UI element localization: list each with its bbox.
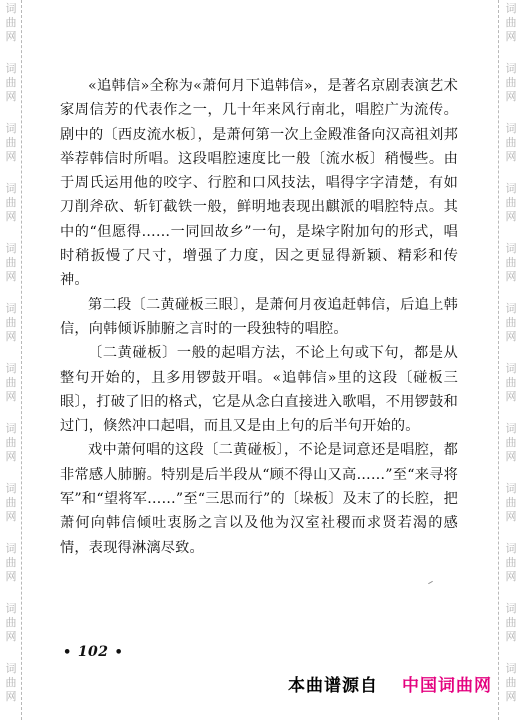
- watermark-char: 词: [506, 242, 517, 256]
- watermark-char: 词: [506, 542, 517, 556]
- watermark-char: 网: [6, 30, 17, 44]
- watermark-char: 网: [506, 690, 517, 704]
- watermark-char: 曲: [6, 76, 17, 90]
- watermark-char: 曲: [506, 556, 517, 570]
- watermark-group: 词曲网: [3, 302, 19, 344]
- watermark-char: 网: [506, 270, 517, 284]
- watermark-char: 网: [6, 510, 17, 524]
- watermark-char: 曲: [506, 316, 517, 330]
- right-margin-line: [498, 0, 499, 720]
- watermark-char: 网: [6, 450, 17, 464]
- watermark-char: 词: [506, 662, 517, 676]
- watermark-group: 词曲网: [3, 2, 19, 44]
- watermark-char: 词: [6, 482, 17, 496]
- watermark-group: 词曲网: [503, 602, 519, 644]
- watermark-char: 网: [506, 570, 517, 584]
- watermark-char: 网: [6, 150, 17, 164]
- watermark-group: 词曲网: [503, 362, 519, 404]
- watermark-group: 词曲网: [3, 362, 19, 404]
- watermark-group: 词曲网: [3, 122, 19, 164]
- watermark-char: 曲: [506, 676, 517, 690]
- watermark-char: 词: [6, 542, 17, 556]
- watermark-char: 网: [506, 390, 517, 404]
- watermark-group: 词曲网: [503, 422, 519, 464]
- watermark-char: 词: [506, 482, 517, 496]
- watermark-char: 曲: [506, 16, 517, 30]
- watermark-char: 曲: [506, 136, 517, 150]
- watermark-char: 网: [506, 630, 517, 644]
- watermark-group: 词曲网: [3, 542, 19, 584]
- source-attribution: 本曲谱源自 中国词曲网: [288, 671, 492, 695]
- paragraph-3: 〔二黄碰板〕一般的起唱方法，不论上句或下句，都是从整句开始的，且多用锣鼓开唱。«…: [60, 341, 458, 438]
- watermark-group: 词曲网: [503, 122, 519, 164]
- paragraph-1: «追韩信»全称为«萧何月下追韩信»，是著名京剧表演艺术家周信芳的代表作之一，几十…: [60, 74, 458, 293]
- watermark-char: 词: [506, 122, 517, 136]
- bullet-left: •: [63, 645, 72, 660]
- watermark-char: 词: [506, 2, 517, 16]
- watermark-char: 曲: [6, 316, 17, 330]
- watermark-group: 词曲网: [503, 62, 519, 104]
- watermark-group: 词曲网: [3, 242, 19, 284]
- watermark-char: 词: [6, 422, 17, 436]
- watermark-char: 网: [6, 630, 17, 644]
- watermark-char: 网: [6, 390, 17, 404]
- source-brand-link[interactable]: 中国词曲网: [402, 671, 492, 696]
- watermark-char: 词: [6, 242, 17, 256]
- watermark-char: 曲: [506, 76, 517, 90]
- body-text: «追韩信»全称为«萧何月下追韩信»，是著名京剧表演艺术家周信芳的代表作之一，几十…: [60, 74, 458, 560]
- watermark-char: 词: [6, 122, 17, 136]
- watermark-char: 曲: [6, 676, 17, 690]
- watermark-char: 词: [6, 602, 17, 616]
- page-number: •102•: [57, 644, 129, 660]
- watermark-char: 曲: [6, 376, 17, 390]
- scan-mark: [428, 581, 433, 584]
- watermark-char: 曲: [506, 196, 517, 210]
- left-watermark-column: 词曲网词曲网词曲网词曲网词曲网词曲网词曲网词曲网词曲网词曲网词曲网词曲网: [3, 0, 19, 720]
- watermark-char: 曲: [506, 496, 517, 510]
- watermark-char: 曲: [6, 556, 17, 570]
- watermark-char: 曲: [6, 496, 17, 510]
- watermark-char: 词: [6, 302, 17, 316]
- watermark-char: 曲: [506, 376, 517, 390]
- watermark-group: 词曲网: [503, 182, 519, 224]
- source-prefix: 本曲谱源自: [288, 671, 378, 696]
- watermark-char: 词: [6, 662, 17, 676]
- watermark-group: 词曲网: [503, 542, 519, 584]
- watermark-char: 词: [6, 182, 17, 196]
- watermark-char: 词: [6, 2, 17, 16]
- watermark-char: 曲: [6, 256, 17, 270]
- watermark-char: 词: [506, 602, 517, 616]
- watermark-group: 词曲网: [503, 2, 519, 44]
- paragraph-2: 第二段〔二黄碰板三眼〕，是萧何月夜追赶韩信，后追上韩信，向韩倾诉肺腑之言时的一段…: [60, 293, 458, 342]
- watermark-char: 曲: [506, 436, 517, 450]
- watermark-char: 曲: [6, 136, 17, 150]
- left-margin-line: [21, 0, 22, 720]
- watermark-char: 网: [6, 270, 17, 284]
- right-watermark-column: 词曲网词曲网词曲网词曲网词曲网词曲网词曲网词曲网词曲网词曲网词曲网词曲网: [503, 0, 519, 720]
- watermark-group: 词曲网: [503, 242, 519, 284]
- watermark-group: 词曲网: [3, 422, 19, 464]
- watermark-char: 词: [506, 422, 517, 436]
- watermark-char: 网: [6, 90, 17, 104]
- watermark-char: 词: [506, 302, 517, 316]
- watermark-char: 词: [506, 362, 517, 376]
- watermark-group: 词曲网: [503, 482, 519, 524]
- watermark-char: 网: [506, 90, 517, 104]
- watermark-char: 曲: [6, 16, 17, 30]
- watermark-char: 网: [6, 570, 17, 584]
- bullet-right: •: [115, 645, 124, 660]
- watermark-char: 词: [506, 182, 517, 196]
- watermark-char: 词: [506, 62, 517, 76]
- watermark-group: 词曲网: [3, 62, 19, 104]
- watermark-group: 词曲网: [3, 662, 19, 704]
- watermark-char: 词: [6, 62, 17, 76]
- watermark-char: 网: [506, 30, 517, 44]
- page-number-value: 102: [78, 644, 109, 660]
- watermark-char: 网: [506, 210, 517, 224]
- watermark-char: 网: [6, 210, 17, 224]
- watermark-char: 曲: [506, 256, 517, 270]
- watermark-char: 词: [6, 362, 17, 376]
- watermark-char: 曲: [506, 616, 517, 630]
- watermark-group: 词曲网: [503, 662, 519, 704]
- watermark-char: 曲: [6, 196, 17, 210]
- paragraph-4: 戏中萧何唱的这段〔二黄碰板〕，不论是词意还是唱腔，都非常感人肺腑。特别是后半段从…: [60, 438, 458, 559]
- watermark-char: 网: [506, 150, 517, 164]
- watermark-group: 词曲网: [3, 602, 19, 644]
- watermark-group: 词曲网: [503, 302, 519, 344]
- watermark-char: 网: [6, 330, 17, 344]
- watermark-char: 曲: [6, 436, 17, 450]
- watermark-char: 网: [506, 510, 517, 524]
- watermark-group: 词曲网: [3, 182, 19, 224]
- watermark-char: 网: [506, 450, 517, 464]
- watermark-group: 词曲网: [3, 482, 19, 524]
- watermark-char: 网: [506, 330, 517, 344]
- watermark-char: 网: [6, 690, 17, 704]
- watermark-char: 曲: [6, 616, 17, 630]
